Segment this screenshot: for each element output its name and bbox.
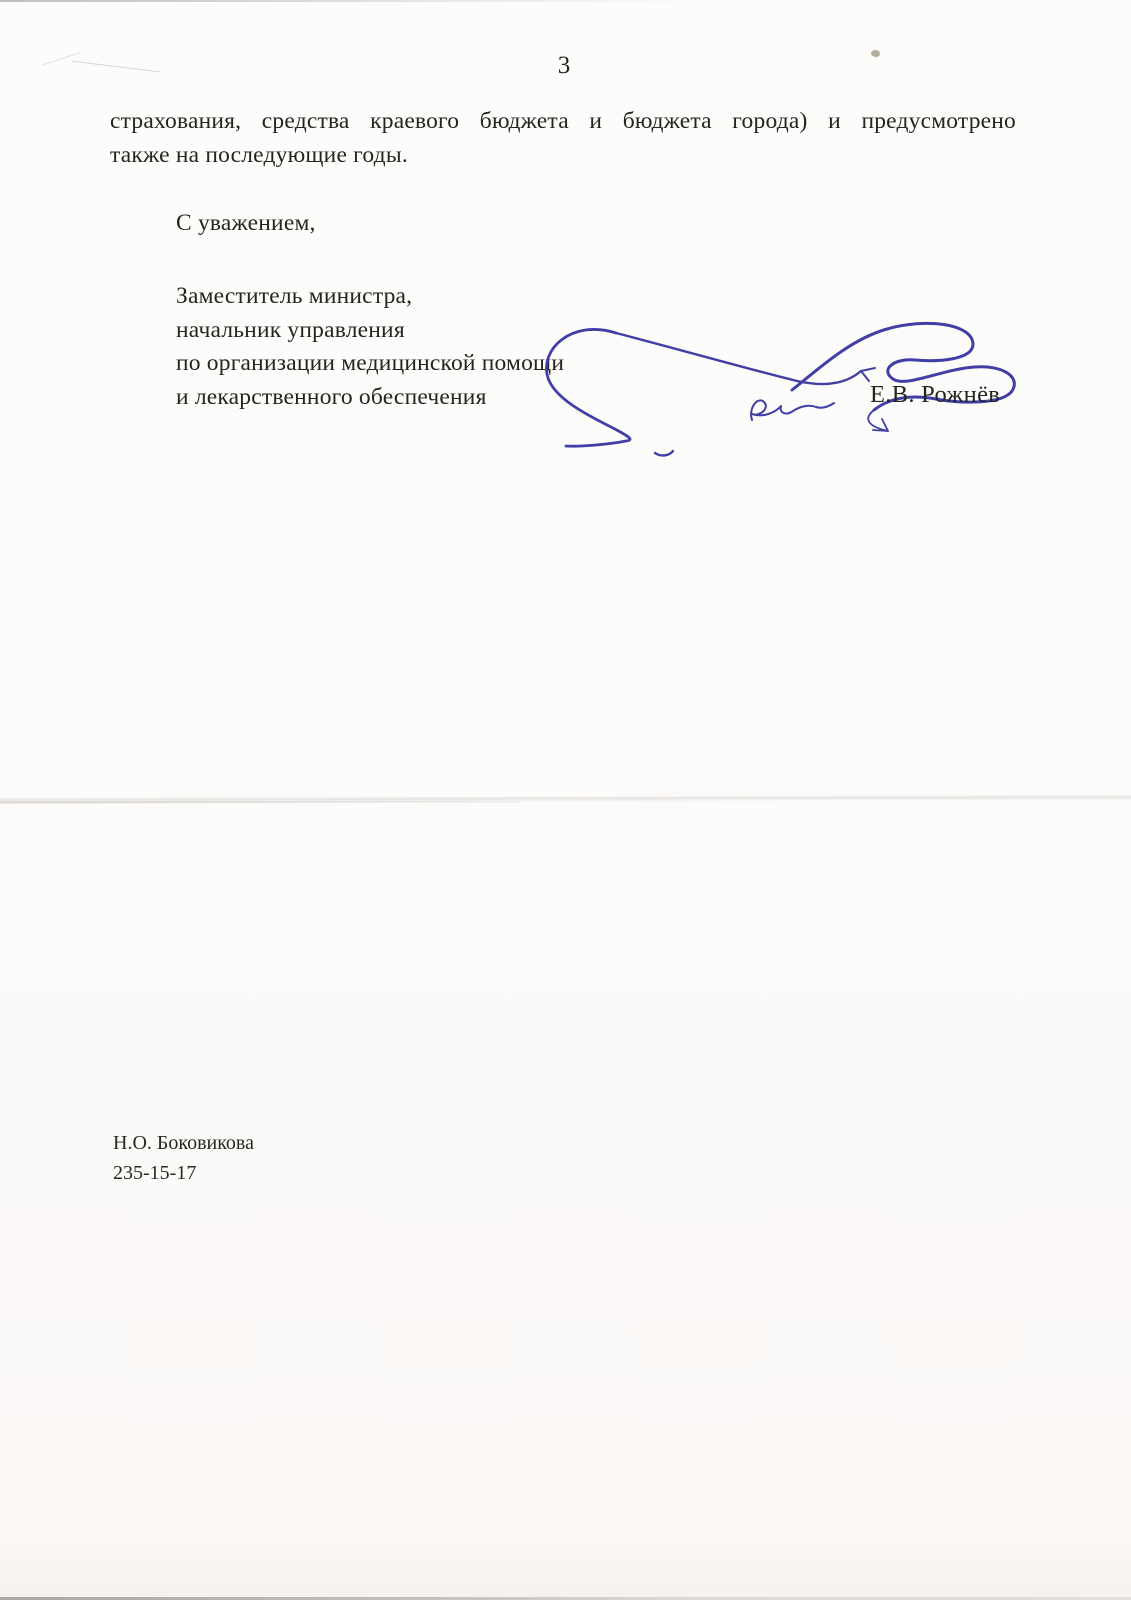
scan-top-edge-artifact <box>0 0 701 2</box>
executor-name: Н.О. Боковикова <box>113 1128 254 1158</box>
body-line-2: также на последующие годы. <box>110 138 1016 172</box>
executor-block: Н.О. Боковикова 235-15-17 <box>113 1128 254 1188</box>
signer-name: Е.В. Рожнёв <box>870 381 1000 409</box>
scanned-letter-page: 3 страхования, средства краевого бюджета… <box>0 0 1131 1600</box>
handwritten-signature-ink <box>500 295 1030 465</box>
salutation: С уважением, <box>176 210 316 237</box>
body-paragraph: страхования, средства краевого бюджета и… <box>110 104 1016 172</box>
page-number: 3 <box>0 52 1128 80</box>
paper-fold-crease-shadow <box>0 801 520 804</box>
body-line-1: страхования, средства краевого бюджета и… <box>110 104 1016 138</box>
executor-phone: 235-15-17 <box>113 1158 254 1188</box>
